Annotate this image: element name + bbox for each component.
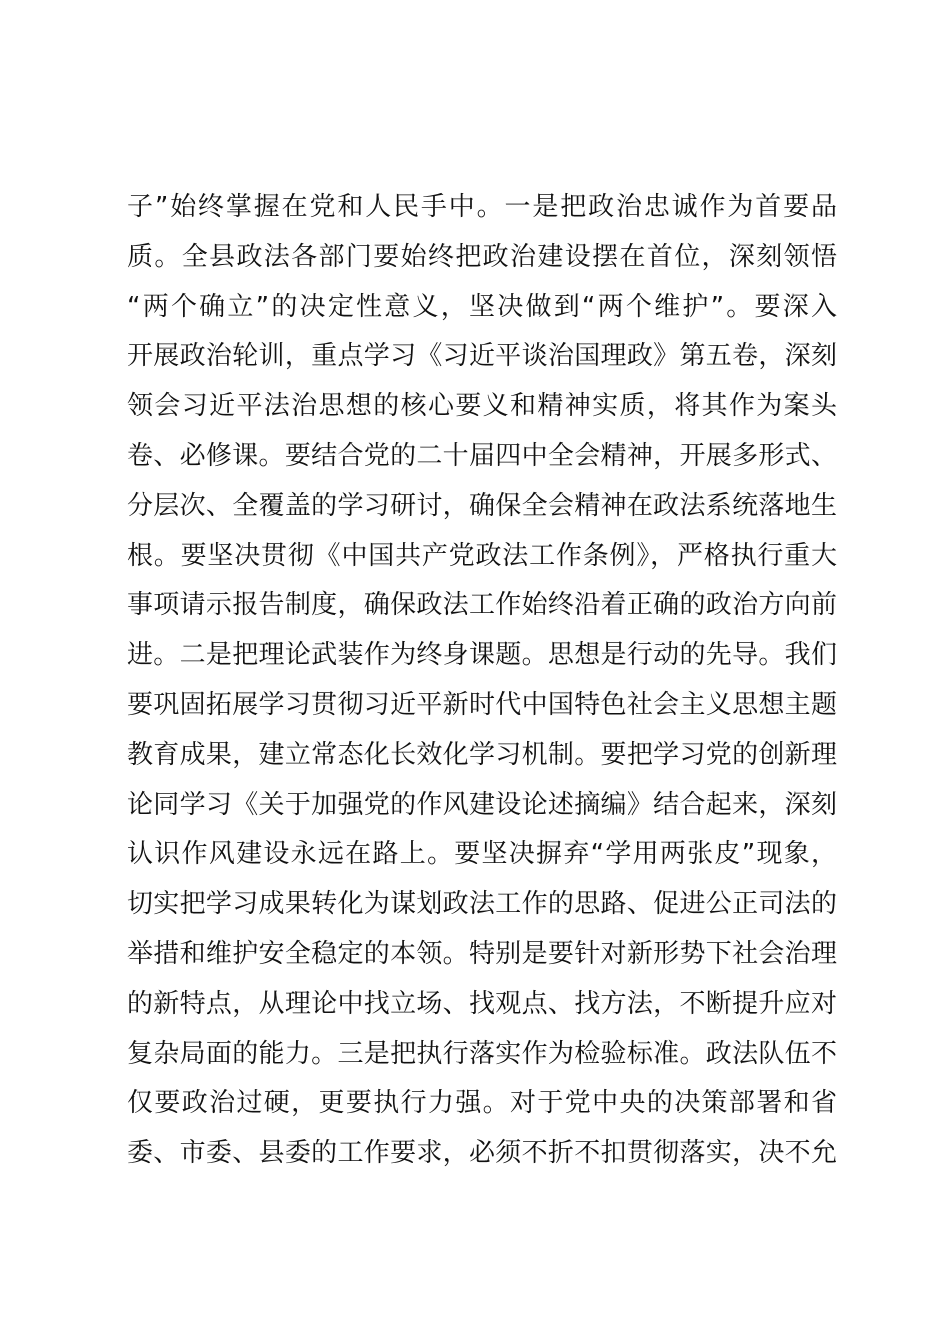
body-paragraph: 子”始终掌握在党和人民手中。一是把政治忠诚作为首要品 质。全县政法各部门要始终把…: [127, 186, 837, 1182]
text-line: 分层次、全覆盖的学习研讨，确保全会精神在政法系统落地生: [127, 485, 837, 535]
text-line: 的新特点，从理论中找立场、找观点、找方法，不断提升应对: [127, 983, 837, 1033]
text-line: 委、市委、县委的工作要求，必须不折不扣贯彻落实，决不允: [127, 1132, 837, 1182]
text-line: 卷、必修课。要结合党的二十届四中全会精神，开展多形式、: [127, 435, 837, 485]
text-line: 切实把学习成果转化为谋划政法工作的思路、促进公正司法的: [127, 883, 837, 933]
text-line: 复杂局面的能力。三是把执行落实作为检验标准。政法队伍不: [127, 1033, 837, 1083]
document-page: 子”始终掌握在党和人民手中。一是把政治忠诚作为首要品 质。全县政法各部门要始终把…: [0, 0, 950, 1344]
text-line: 质。全县政法各部门要始终把政治建设摆在首位，深刻领悟: [127, 236, 837, 286]
text-line: 领会习近平法治思想的核心要义和精神实质，将其作为案头: [127, 385, 837, 435]
text-line: 论同学习《关于加强党的作风建设论述摘编》结合起来，深刻: [127, 784, 837, 834]
text-line: 根。要坚决贯彻《中国共产党政法工作条例》，严格执行重大: [127, 535, 837, 585]
text-line: 举措和维护安全稳定的本领。特别是要针对新形势下社会治理: [127, 933, 837, 983]
text-line: 教育成果，建立常态化长效化学习机制。要把学习党的创新理: [127, 734, 837, 784]
text-line: 认识作风建设永远在路上。要坚决摒弃“学用两张皮”现象，: [127, 833, 837, 883]
text-line: 仅要政治过硬，更要执行力强。对于党中央的决策部署和省: [127, 1082, 837, 1132]
text-line: 子”始终掌握在党和人民手中。一是把政治忠诚作为首要品: [127, 186, 837, 236]
text-line: 进。二是把理论武装作为终身课题。思想是行动的先导。我们: [127, 634, 837, 684]
text-line: “两个确立”的决定性意义，坚决做到“两个维护”。要深入: [127, 286, 837, 336]
text-line: 事项请示报告制度，确保政法工作始终沿着正确的政治方向前: [127, 584, 837, 634]
text-line: 要巩固拓展学习贯彻习近平新时代中国特色社会主义思想主题: [127, 684, 837, 734]
text-line: 开展政治轮训，重点学习《习近平谈治国理政》第五卷，深刻: [127, 335, 837, 385]
